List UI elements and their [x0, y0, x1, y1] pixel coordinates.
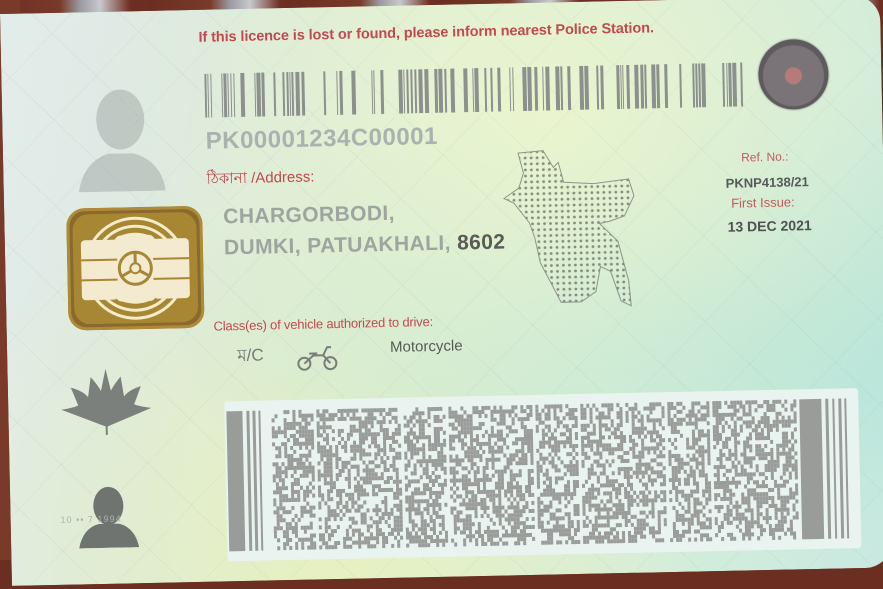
address-district: DUMKI, PATUAKHALI, [224, 232, 451, 260]
licence-card: If this licence is lost or found, please… [0, 0, 883, 586]
motorcycle-icon [295, 343, 340, 372]
first-issue-label: First Issue: [731, 194, 795, 210]
chip-icon [66, 206, 205, 331]
address-value: CHARGORBODI, DUMKI, PATUAKHALI, 8602 [223, 195, 506, 263]
reference-label: Ref. No.: [741, 150, 789, 165]
holder-photo-icon [71, 81, 168, 193]
vehicle-class-name: Motorcycle [390, 337, 463, 356]
bangladesh-map-icon [498, 141, 642, 334]
pdf417-barcode [224, 388, 861, 561]
address-label: ঠিকানা /Address: [206, 165, 314, 192]
vehicle-class-code: ম/C [237, 343, 264, 372]
postcode: 8602 [457, 230, 506, 254]
pdf417-pattern [224, 388, 861, 561]
document-number: PK00001234C00001 [205, 123, 438, 156]
ghost-date: 10 ▪▪ 7 1994 [61, 514, 122, 525]
address-line-2: DUMKI, PATUAKHALI, 8602 [224, 226, 506, 263]
reference-number: PKNP4138/21 [726, 174, 809, 191]
first-issue-date: 13 DEC 2021 [727, 217, 811, 235]
lotus-icon [55, 366, 156, 438]
